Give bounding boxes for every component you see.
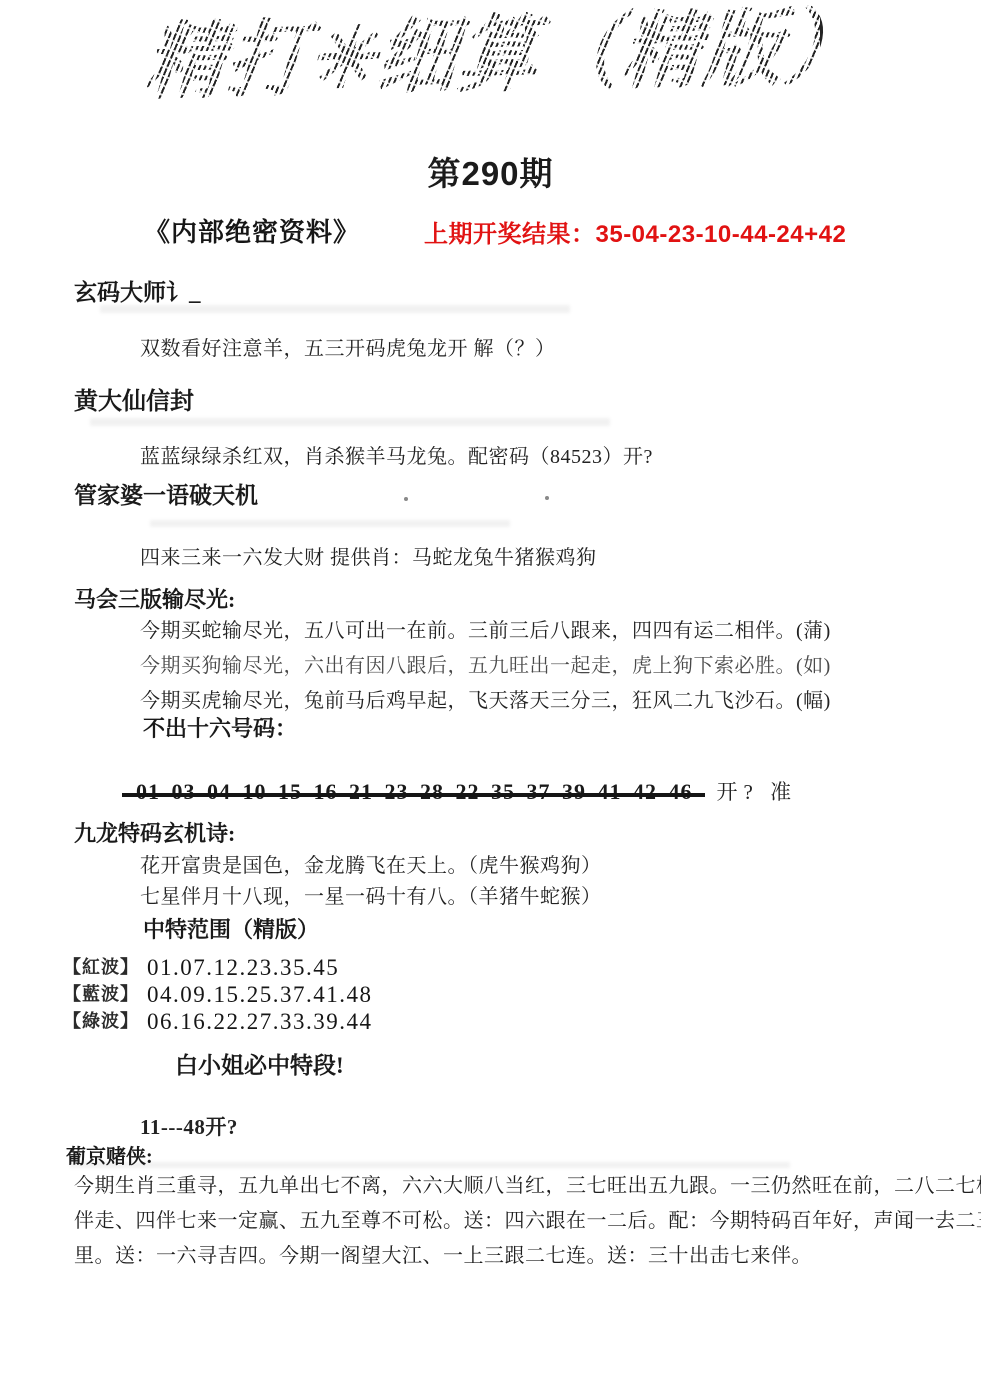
- green-wave-label: 【綠波】: [63, 1011, 139, 1031]
- guanjiapo-tip-line: 四来三来一六发大财 提供肖：马蛇龙兔牛猪猴鸡狗: [140, 541, 597, 570]
- section-heading-guanjiapo: 管家婆一语破天机: [74, 477, 258, 510]
- scan-artifact: [70, 1162, 790, 1168]
- jiulong-poem-line: 七星伴月十八现，一星一码十有八。（羊猪牛蛇猴）: [140, 880, 602, 909]
- scan-dot-artifact: [545, 496, 549, 500]
- scan-dot-artifact: [404, 497, 408, 501]
- mahui-verse-line: 今期买虎输尽光，兔前马后鸡早起，飞天落天三分三，狂风二九飞沙石。(幅): [140, 684, 831, 713]
- section-heading-pujing: 葡京赌侠:: [66, 1140, 153, 1169]
- masthead-title-graphic: 精打✳细算（精版）: [118, 16, 808, 146]
- jiulong-poem-line: 花开富贵是国色，金龙腾飞在天上。（虎牛猴鸡狗）: [140, 849, 602, 878]
- section-heading-jiulong: 九龙特码玄机诗:: [74, 817, 235, 848]
- lottery-tip-sheet-page: 精打✳细算（精版） 第290期 《内部绝密资料》 上期开奖结果：35-04-23…: [0, 0, 981, 1388]
- red-wave-numbers: 01.07.12.23.35.45: [147, 955, 339, 980]
- wave-row-green: 【綠波】06.16.22.27.33.39.44: [63, 1007, 373, 1035]
- mahui-verse-line: 今期买狗输尽光，六出有因八跟后，五九旺出一起走，虎上狗下索必胜。(如): [140, 649, 831, 678]
- special-segment-range: 11---48开?: [140, 1111, 238, 1141]
- issue-number: 第290期: [0, 148, 981, 195]
- section-heading-mahui: 马会三版输尽光:: [74, 583, 235, 614]
- excluded-numbers-row: 01 03 04 10 15 16 21 23 28 22 35 37 39 4…: [128, 776, 797, 806]
- baixiaojie-claim-line: 白小姐必中特段!: [175, 1047, 344, 1080]
- section-heading-zhongte: 中特范围（精版）: [143, 913, 319, 944]
- scan-artifact: [150, 520, 510, 527]
- pujing-paragraph-line: 伴走、四伴七来一定赢、五九至尊不可松。送：四六跟在一二后。配：今期特码百年好，声…: [74, 1204, 926, 1239]
- wave-row-red: 【紅波】01.07.12.23.35.45: [63, 953, 339, 981]
- last-draw-result: 上期开奖结果：35-04-23-10-44-24+42: [424, 214, 846, 249]
- mahui-verse-line: 今期买蛇输尽光，五八可出一在前。三前三后八跟来，四四有运二相伴。(蒲): [140, 614, 831, 643]
- pujing-paragraph-line: 里。送：一六寻吉四。今期一阁望大江、一上三跟二七连。送：三十出击七来伴。: [74, 1239, 926, 1274]
- masthead-title-text: 精打✳细算（精版）: [138, 2, 885, 110]
- section-heading-huangdaxian: 黄大仙信封: [74, 381, 194, 416]
- source-title: 《内部绝密资料》: [144, 212, 360, 249]
- wave-row-blue: 【藍波】04.09.15.25.37.41.48: [63, 980, 373, 1008]
- red-wave-label: 【紅波】: [63, 957, 139, 977]
- pujing-paragraph: 今期生肖三重寻，五九单出七不离，六六大顺八当红，三七旺出五九跟。一三仍然旺在前，…: [74, 1169, 926, 1274]
- blue-wave-label: 【藍波】: [63, 984, 139, 1004]
- scan-artifact: [90, 418, 610, 426]
- pujing-paragraph-line: 今期生肖三重寻，五九单出七不离，六六大顺八当红，三七旺出五九跟。一三仍然旺在前，…: [74, 1169, 926, 1204]
- green-wave-numbers: 06.16.22.27.33.39.44: [147, 1009, 373, 1034]
- huangdaxian-tip-line: 蓝蓝绿绿杀红双，肖杀猴羊马龙兔。配密码（84523）开?: [140, 440, 653, 469]
- section-heading-xuanma: 玄码大师讠_: [74, 274, 201, 307]
- excluded-numbers-strikethrough: 01 03 04 10 15 16 21 23 28 22 35 37 39 4…: [128, 779, 701, 805]
- xuanma-tip-line: 双数看好注意羊，五三开码虎兔龙开 解（？）: [140, 332, 556, 361]
- blue-wave-numbers: 04.09.15.25.37.41.48: [147, 982, 373, 1007]
- excluded-numbers-suffix: 开? 准: [717, 776, 798, 806]
- section-heading-excluded-numbers: 不出十六号码：: [143, 712, 297, 743]
